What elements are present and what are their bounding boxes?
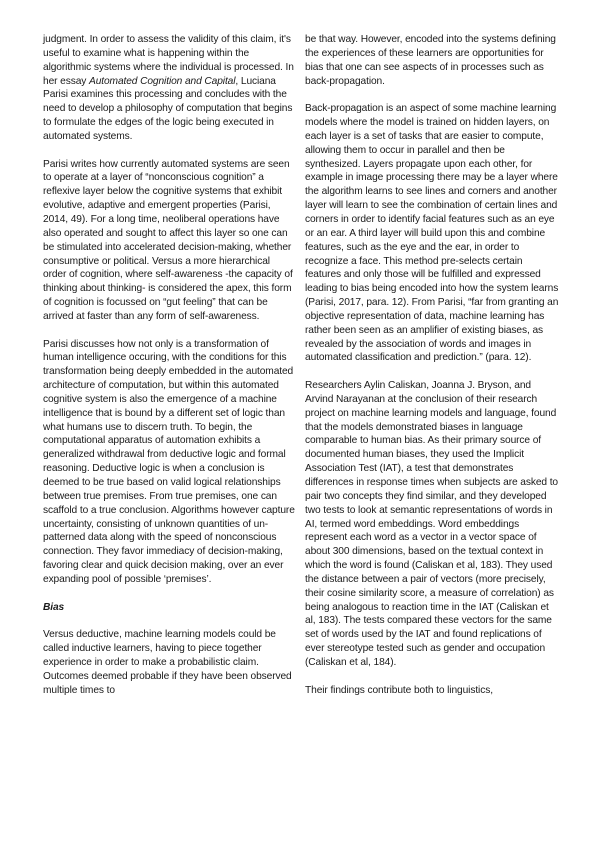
paragraph: Their findings contribute both to lingui… (305, 684, 559, 698)
left-column: judgment. In order to assess the validit… (43, 33, 295, 711)
document-page: judgment. In order to assess the validit… (0, 0, 595, 842)
paragraph: Parisi writes how currently automated sy… (43, 158, 295, 324)
paragraph: Back-propagation is an aspect of some ma… (305, 102, 559, 365)
section-heading: Bias (43, 601, 295, 615)
paragraph: Parisi discusses how not only is a trans… (43, 338, 295, 587)
paragraph: be that way. However, encoded into the s… (305, 33, 559, 88)
paragraph: Versus deductive, machine learning model… (43, 628, 295, 697)
paragraph: judgment. In order to assess the validit… (43, 33, 295, 144)
essay-title: Automated Cognition and Capital (89, 76, 235, 87)
right-column: be that way. However, encoded into the s… (305, 33, 559, 711)
paragraph: Researchers Aylin Caliskan, Joanna J. Br… (305, 379, 559, 670)
